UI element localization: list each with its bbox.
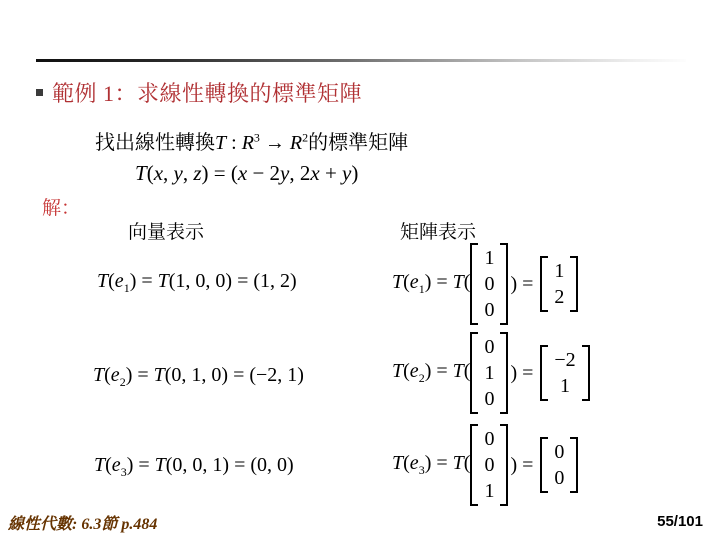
matrix-equation-3: T(e3) = T( 0 0 1 ) = 0 0 <box>392 423 578 507</box>
matrix-values: −2 1 <box>548 345 581 401</box>
vector-equation-3: T(e3) = T(0, 0, 1) = (0, 0) <box>94 454 294 480</box>
matrix-value: 2 <box>554 284 564 310</box>
matrix-value: 1 <box>560 373 570 399</box>
matrix-bracket-right <box>570 437 578 493</box>
close-paren-equals: ) = <box>510 454 533 477</box>
matrix-equation-lead: T(e2) = T( <box>392 360 470 386</box>
matrix-bracket-left <box>540 345 548 401</box>
footer-course-label: 線性代數: 6.3節 p.484 <box>8 511 157 534</box>
matrix-values: 0 1 0 <box>478 332 500 414</box>
matrix-value: 0 <box>554 439 564 465</box>
matrix-equation-1: T(e1) = T( 1 0 0 ) = 1 2 <box>392 242 578 326</box>
matrix-bracket-left <box>540 437 548 493</box>
result-matrix: −2 1 <box>540 345 589 401</box>
matrix-bracket-left <box>540 256 548 312</box>
page-number: 55/101 <box>657 513 703 530</box>
matrix-values: 0 0 1 <box>478 424 500 506</box>
matrix-bracket-left <box>470 243 478 325</box>
matrix-value: 1 <box>484 478 494 504</box>
matrix-bracket-left <box>470 424 478 506</box>
matrix-bracket-right <box>500 243 508 325</box>
matrix-bracket-right <box>500 424 508 506</box>
column-vector-matrix: 1 0 0 <box>470 243 508 325</box>
matrix-values: 1 0 0 <box>478 243 500 325</box>
matrix-bracket-right <box>570 256 578 312</box>
matrix-value: 0 <box>484 334 494 360</box>
close-paren-equals: ) = <box>510 362 533 385</box>
transformation-formula: T(x, y, z) = (x − 2y, 2x + y) <box>135 161 358 186</box>
matrix-column-header: 矩陣表示 <box>400 217 476 244</box>
matrix-equation-lead: T(e3) = T( <box>392 452 470 478</box>
matrix-value: 0 <box>484 452 494 478</box>
matrix-bracket-left <box>470 332 478 414</box>
solution-label: 解： <box>42 193 80 220</box>
matrix-equation-2: T(e2) = T( 0 1 0 ) = −2 1 <box>392 331 590 415</box>
title-row: 範例 1：求線性轉換的標準矩陣 <box>36 77 362 108</box>
matrix-equation-lead: T(e1) = T( <box>392 271 470 297</box>
slide-title: 範例 1：求線性轉換的標準矩陣 <box>52 77 362 108</box>
matrix-values: 0 0 <box>548 437 570 493</box>
vector-column-header: 向量表示 <box>128 217 204 244</box>
matrix-value: 0 <box>554 465 564 491</box>
vector-equation-2: T(e2) = T(0, 1, 0) = (−2, 1) <box>93 364 304 390</box>
matrix-value: 0 <box>484 271 494 297</box>
result-matrix: 0 0 <box>540 437 578 493</box>
matrix-value: 0 <box>484 426 494 452</box>
matrix-value: 1 <box>484 360 494 386</box>
matrix-bracket-right <box>500 332 508 414</box>
close-paren-equals: ) = <box>510 273 533 296</box>
result-matrix: 1 2 <box>540 256 578 312</box>
matrix-value: 1 <box>484 245 494 271</box>
matrix-value: −2 <box>554 347 575 373</box>
vector-equation-1: T(e1) = T(1, 0, 0) = (1, 2) <box>97 270 297 296</box>
matrix-value: 0 <box>484 386 494 412</box>
column-vector-matrix: 0 0 1 <box>470 424 508 506</box>
divider-line <box>36 59 686 62</box>
slide: 範例 1：求線性轉換的標準矩陣 找出線性轉換T : R3 → R2的標準矩陣 T… <box>0 0 720 540</box>
matrix-values: 1 2 <box>548 256 570 312</box>
problem-statement: 找出線性轉換T : R3 → R2的標準矩陣 <box>95 126 408 155</box>
matrix-bracket-right <box>582 345 590 401</box>
matrix-value: 1 <box>554 258 564 284</box>
column-vector-matrix: 0 1 0 <box>470 332 508 414</box>
matrix-value: 0 <box>484 297 494 323</box>
bullet-icon <box>36 89 43 96</box>
